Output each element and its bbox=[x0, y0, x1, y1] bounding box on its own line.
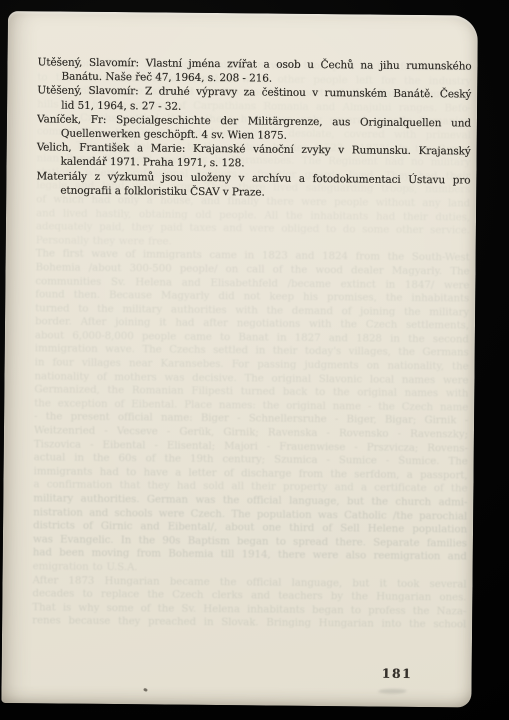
bleedthrough-line: renes because they preached in Slovak. B… bbox=[32, 615, 466, 633]
page-number: 181 bbox=[382, 666, 422, 681]
bibliography: Utěšený, Slavomír: Vlastní jména zvířat … bbox=[36, 55, 471, 201]
paper-speck bbox=[143, 688, 148, 692]
ink-smudge bbox=[378, 689, 408, 694]
photo-frame: After World War I a strong reemigration … bbox=[0, 0, 509, 720]
book-page: After World War I a strong reemigration … bbox=[1, 11, 478, 707]
